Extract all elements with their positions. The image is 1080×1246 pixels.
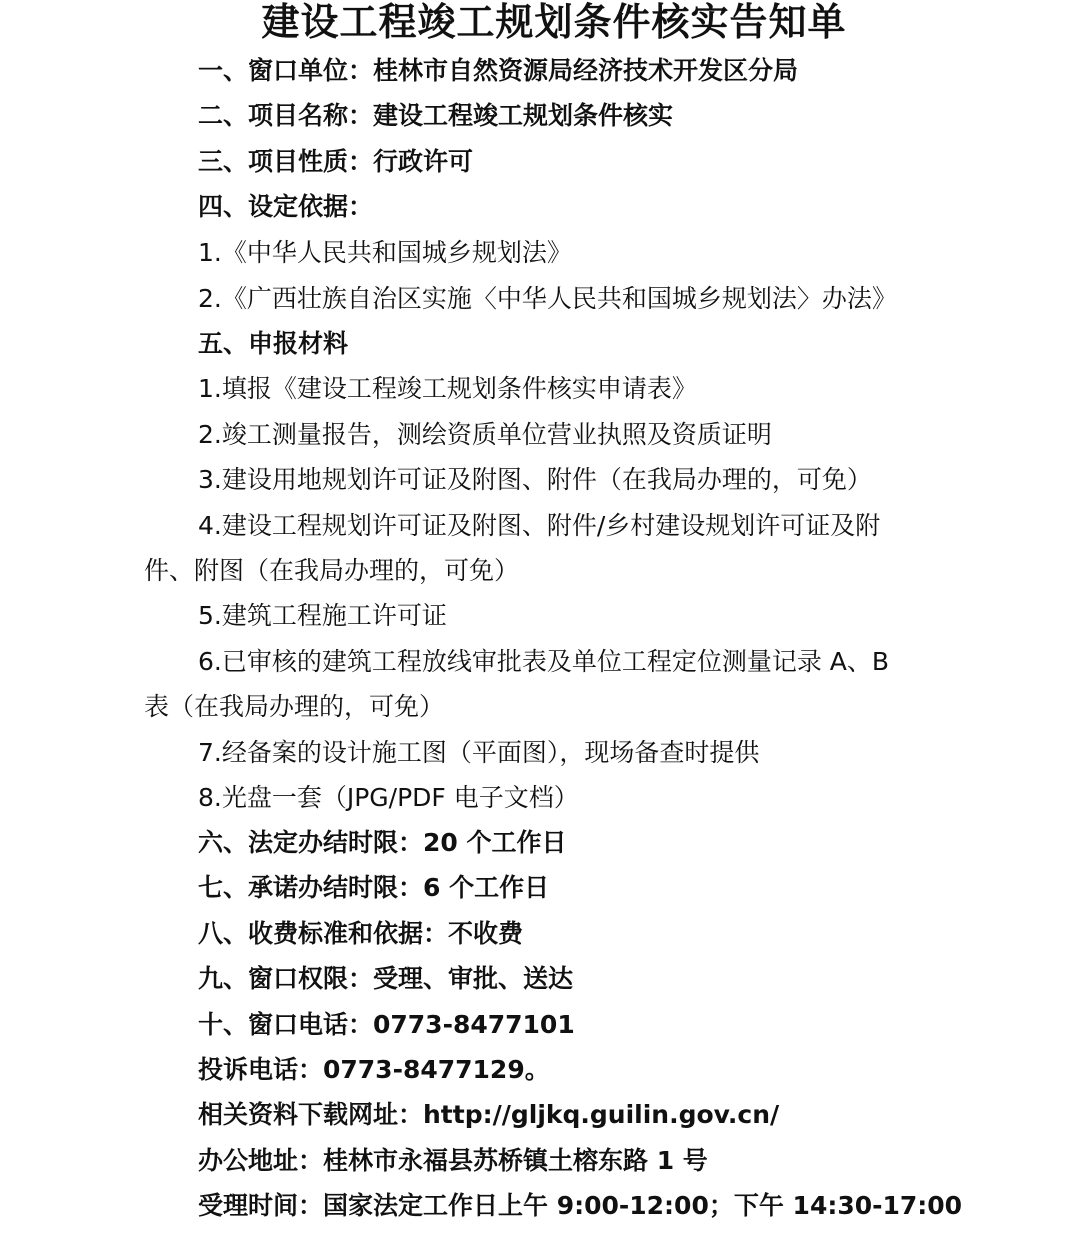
line-legal-basis-2: 2.《广西壮族自治区实施〈中华人民共和国城乡规划法〉办法》 — [198, 283, 897, 315]
line-material-4b: 件、附图（在我局办理的，可免） — [144, 555, 519, 587]
line-material-5: 5.建筑工程施工许可证 — [198, 600, 447, 632]
line-office-hours: 受理时间：国家法定工作日上午 9:00-12:00；下午 14:30-17:00 — [198, 1190, 962, 1222]
line-window-authority: 九、窗口权限：受理、审批、送达 — [198, 963, 573, 995]
line-material-4a: 4.建设工程规划许可证及附图、附件/乡村建设规划许可证及附 — [198, 510, 880, 542]
line-material-2: 2.竣工测量报告，测绘资质单位营业执照及资质证明 — [198, 419, 772, 451]
line-material-6b: 表（在我局办理的，可免） — [144, 691, 444, 723]
line-office-address: 办公地址：桂林市永福县苏桥镇土榕东路 1 号 — [198, 1145, 708, 1177]
line-material-7: 7.经备案的设计施工图（平面图），现场备查时提供 — [198, 737, 759, 769]
line-promised-time-limit: 七、承诺办结时限：6 个工作日 — [198, 872, 549, 904]
line-legal-basis-1: 1.《中华人民共和国城乡规划法》 — [198, 237, 572, 269]
line-material-8: 8.光盘一套（JPG/PDF 电子文档） — [198, 782, 579, 814]
line-project-nature: 三、项目性质：行政许可 — [198, 146, 473, 178]
line-project-name: 二、项目名称：建设工程竣工规划条件核实 — [198, 100, 673, 132]
line-window-unit: 一、窗口单位：桂林市自然资源局经济技术开发区分局 — [198, 55, 798, 87]
line-legal-time-limit: 六、法定办结时限：20 个工作日 — [198, 827, 567, 859]
line-window-phone: 十、窗口电话：0773-8477101 — [198, 1009, 575, 1041]
line-materials-header: 五、申报材料 — [198, 328, 348, 360]
line-complaint-phone: 投诉电话：0773-8477129。 — [198, 1054, 550, 1086]
line-fee-standard: 八、收费标准和依据：不收费 — [198, 918, 523, 950]
line-material-6a: 6.已审核的建筑工程放线审批表及单位工程定位测量记录 A、B — [198, 646, 889, 678]
line-download-url: 相关资料下载网址：http://gljkq.guilin.gov.cn/ — [198, 1099, 779, 1131]
document-title: 建设工程竣工规划条件核实告知单 — [0, 0, 1080, 44]
line-legal-basis-header: 四、设定依据： — [198, 191, 373, 223]
line-material-1: 1.填报《建设工程竣工规划条件核实申请表》 — [198, 373, 697, 405]
line-material-3: 3.建设用地规划许可证及附图、附件（在我局办理的，可免） — [198, 464, 872, 496]
